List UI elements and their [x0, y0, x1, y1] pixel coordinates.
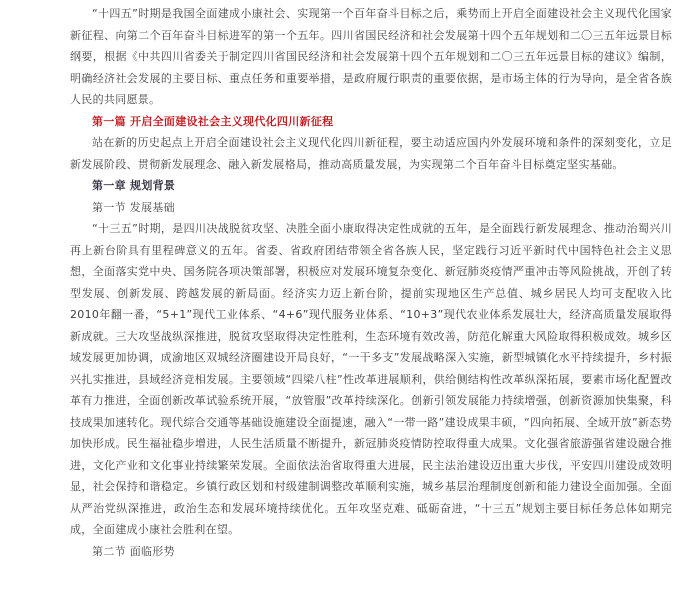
- section-heading-situation-faced: 第二节 面临形势: [70, 541, 672, 563]
- document-body: “十四五”时期是我国全面建成小康社会、实现第一个百年奋斗目标之后，乘势而上开启全…: [0, 0, 692, 612]
- paragraph-13th-plan-achievements: “十三五”时期，是四川决战脱贫攻坚、决胜全面小康取得决定性成就的五年，是全面践行…: [70, 218, 672, 541]
- section-heading-development-foundation: 第一节 发展基础: [70, 197, 672, 219]
- paragraph-new-journey: 站在新的历史起点上开启全面建设社会主义现代化四川新征程，要主动适应国内外发展环境…: [70, 132, 672, 175]
- chapter-heading: 第一章 规划背景: [70, 175, 672, 197]
- paragraph-plan-intro: “十四五”时期是我国全面建成小康社会、实现第一个百年奋斗目标之后，乘势而上开启全…: [70, 3, 672, 111]
- document-page: “十四五”时期是我国全面建成小康社会、实现第一个百年奋斗目标之后，乘势而上开启全…: [0, 0, 692, 612]
- part-heading: 第一篇 开启全面建设社会主义现代化四川新征程: [70, 111, 672, 133]
